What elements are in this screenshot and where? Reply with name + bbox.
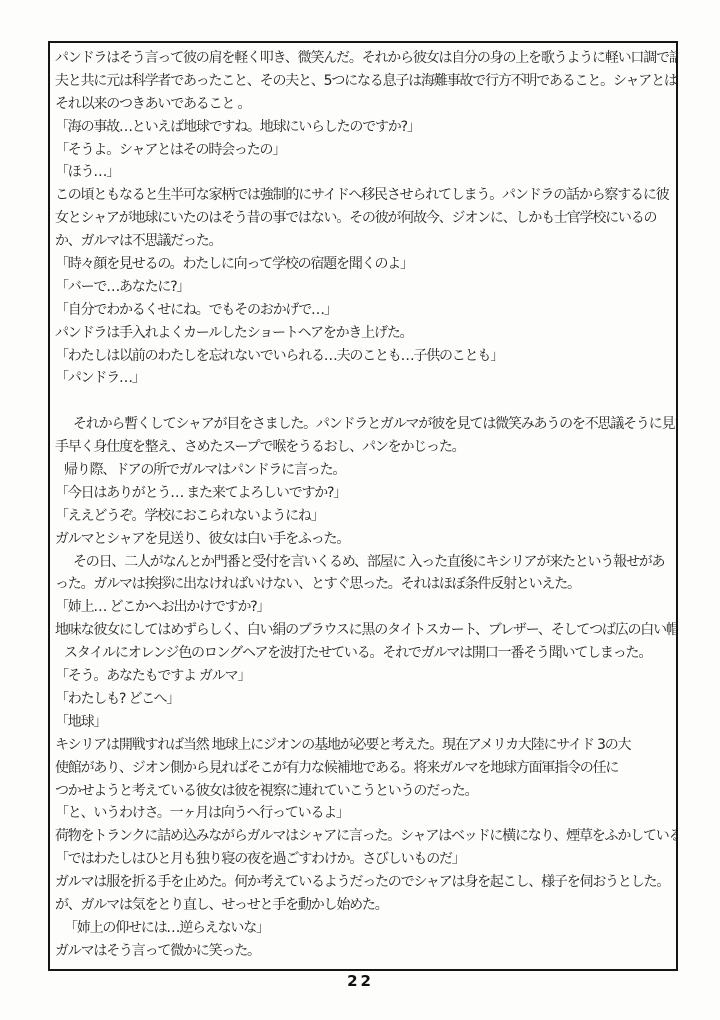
text-line: ガルマはそう言って微かに笑った。	[55, 940, 676, 963]
text-line: 「地球」	[55, 711, 676, 734]
body-text: パンドラはそう言って彼の肩を軽く叩き、微笑んだ。それから彼女は自分の身の上を歌う…	[55, 47, 676, 963]
text-line: 「パンドラ…」	[55, 367, 676, 390]
text-line: 地味な彼女にしてはめずらしく、白い絹のブラウスに黒のタイトスカート、ブレザー、そ…	[55, 619, 676, 642]
text-line: それから暫くしてシャアが目をさました。パンドラとガルマが彼を見ては微笑みあうのを…	[55, 413, 676, 436]
text-line: 「わたしも? どこへ」	[55, 688, 676, 711]
text-line: 「と、いうわけさ。一ヶ月は向うへ行っているよ」	[55, 802, 676, 825]
text-line: つかせようと考えている彼女は彼を視察に連れていこうというのだった。	[55, 780, 676, 803]
text-line: 「バーで…あなたに?」	[55, 276, 676, 299]
text-line: キシリアは開戦すれば当然 地球上にジオンの基地が必要と考えた。現在アメリカ大陸に…	[55, 734, 676, 757]
text-line: 「わたしは以前のわたしを忘れないでいられる…夫のことも…子供のことも」	[55, 345, 676, 368]
text-line: 「海の事故…といえば地球ですね。地球にいらしたのですか?」	[55, 116, 676, 139]
blank-line	[55, 390, 676, 413]
text-line: 「ではわたしはひと月も独り寝の夜を過ごすわけか。さびしいものだ」	[55, 848, 676, 871]
text-line: 「そうよ。シャアとはその時会ったの」	[55, 139, 676, 162]
text-frame: パンドラはそう言って彼の肩を軽く叩き、微笑んだ。それから彼女は自分の身の上を歌う…	[48, 41, 678, 971]
text-line: 「姉上の仰せには…逆らえないな」	[55, 917, 676, 940]
text-line: それ以来のつきあいであること 。	[55, 93, 676, 116]
text-line: 「今日はありがとう… また来てよろしいですか?」	[55, 482, 676, 505]
text-line: 「そう。あなたもですよ ガルマ」	[55, 665, 676, 688]
text-line: パンドラはそう言って彼の肩を軽く叩き、微笑んだ。それから彼女は自分の身の上を歌う…	[55, 47, 676, 70]
text-line: ガルマとシャアを見送り、彼女は白い手をふった。	[55, 528, 676, 551]
page-number: 22	[48, 972, 673, 990]
text-line: ガルマは服を折る手を止めた。何か考えているようだったのでシャアは身を起こし、様子…	[55, 871, 676, 894]
text-line: が、ガルマは気をとり直し、せっせと手を動かし始めた。	[55, 894, 676, 917]
text-line: 「姉上… どこかへお出かけですか?」	[55, 596, 676, 619]
text-line: 女とシャアが地球にいたのはそう昔の事ではない。その彼が何故今、ジオンに、しかも士…	[55, 207, 676, 230]
text-line: った。ガルマは挨拶に出なければいけない、とすぐ思った。それはほぼ条件反射といえた…	[55, 573, 676, 596]
text-line: パンドラは手入れよくカールしたショートヘアをかき上げた。	[55, 322, 676, 345]
text-line: 帰り際、ドアの所でガルマはパンドラに言った。	[55, 459, 676, 482]
text-line: スタイルにオレンジ色のロングヘアを波打たせている。それでガルマは開口一番そう聞い…	[55, 642, 676, 665]
scanned-document-page: パンドラはそう言って彼の肩を軽く叩き、微笑んだ。それから彼女は自分の身の上を歌う…	[0, 0, 720, 1020]
text-line: 荷物をトランクに詰め込みながらガルマはシャアに言った。シャアはベッドに横になり、…	[55, 825, 676, 848]
text-line: か、ガルマは不思議だった。	[55, 230, 676, 253]
text-line: 「ええどうぞ。学校におこられないようにね」	[55, 505, 676, 528]
text-line: 夫と共に元は科学者であったこと、その夫と、5つになる息子は海難事故で行方不明であ…	[55, 70, 676, 93]
text-line: この頃ともなると生半可な家柄では強制的にサイドへ移民させられてしまう。パンドラの…	[55, 184, 676, 207]
text-line: 手早く身仕度を整え、さめたスープで喉をうるおし、パンをかじった。	[55, 436, 676, 459]
text-line: 「自分でわかるくせにね。でもそのおかげで…」	[55, 299, 676, 322]
text-line: 使館があり、ジオン側から見ればそこが有力な候補地である。将来ガルマを地球方面軍指…	[55, 757, 676, 780]
text-line: 「時々顔を見せるの。わたしに向って学校の宿題を聞くのよ」	[55, 253, 676, 276]
text-line: その日、二人がなんとか門番と受付を言いくるめ、部屋に 入った直後にキシリアが来た…	[55, 551, 676, 574]
text-line: 「ほう…」	[55, 161, 676, 184]
